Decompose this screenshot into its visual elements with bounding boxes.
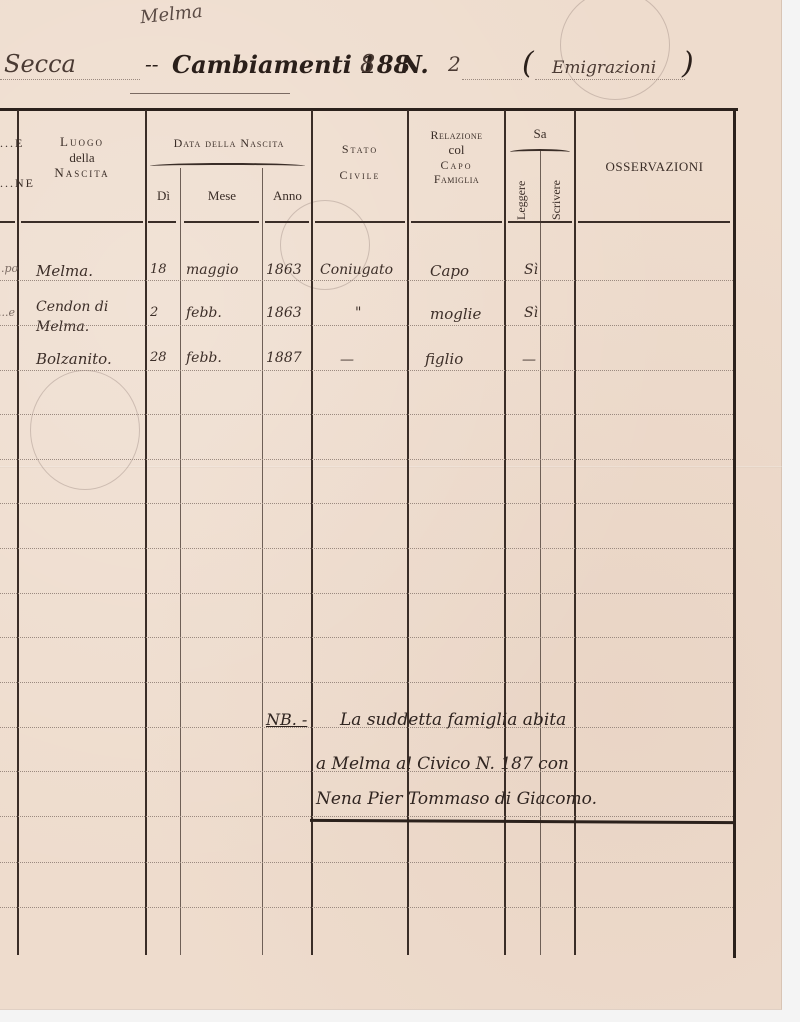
row1-mese: maggio [186, 262, 238, 278]
header-mese: Mese [182, 188, 262, 204]
relazione-line1: Relazione [409, 128, 504, 142]
row-line-5 [0, 459, 733, 460]
col-line-6 [407, 110, 409, 955]
col-line-right [733, 108, 736, 958]
header-dotline-3 [535, 79, 685, 80]
note-line1: La suddetta famiglia abita [340, 710, 566, 730]
row2-luogo: Cendon di Melma. [36, 298, 144, 337]
data-brace [150, 163, 305, 169]
header-leggere: Leggere [514, 160, 529, 220]
faint-stamp-left [30, 370, 140, 490]
luogo-line3: Nascita [19, 165, 145, 181]
header-category-close: ) [682, 46, 694, 81]
row3-stato: — [340, 352, 354, 368]
header-bottom-4 [184, 221, 259, 223]
row2-di: 2 [150, 305, 158, 320]
row1-relazione: Capo [430, 262, 469, 280]
row3-anno: 1887 [266, 350, 302, 366]
row3-scrivere: — [522, 352, 536, 368]
header-partial-left: ...E ...NE [0, 136, 16, 191]
row1-anno: 1863 [266, 262, 302, 278]
row-line-4 [0, 414, 733, 415]
relazione-line3: Capo [409, 158, 504, 172]
row2-anno: 1863 [266, 305, 302, 321]
top-annotation: Melma [139, 1, 203, 28]
row1-luogo: Melma. [36, 262, 93, 280]
row1-stato: Coniugato [320, 262, 393, 278]
row1-partial-left: ...po [0, 262, 18, 275]
sa-brace [510, 149, 570, 155]
row3-relazione: figlio [425, 350, 463, 368]
col-line-2 [145, 110, 147, 955]
header-bottom-2 [21, 221, 143, 223]
faint-stamp-top [560, 0, 670, 100]
row2-mese: febb. [186, 305, 222, 321]
row2-stato: " [355, 305, 361, 321]
header-osservazioni: OSSERVAZIONI [576, 159, 733, 175]
header-scrivere: Scrivere [549, 160, 564, 220]
header-place: Secca [4, 50, 76, 78]
relazione-line4: Famiglia [409, 172, 504, 186]
header-di: Dì [147, 188, 180, 204]
header-number-label: N. [400, 50, 429, 79]
header-data-nascita: Data della Nascita [147, 136, 311, 150]
row3-di: 28 [150, 350, 167, 365]
row-line-9 [0, 637, 733, 638]
row2-scrivere: Sì [524, 305, 538, 321]
stato-line2: Civile [313, 168, 407, 182]
stato-line1: Stato [313, 142, 407, 156]
col-line-8 [540, 150, 541, 955]
col-line-4 [262, 168, 263, 955]
note-underline [310, 819, 735, 824]
luogo-line2: della [19, 150, 145, 166]
row-line-1 [0, 280, 733, 281]
note-line2: a Melma al Civico N. 187 con [316, 754, 569, 774]
row-line-8 [0, 593, 733, 594]
row-line-6 [0, 503, 733, 504]
row-line-15 [0, 907, 733, 908]
header-category: Emigrazioni [552, 58, 656, 78]
header-bottom-1 [0, 221, 15, 223]
header-bottom-8 [508, 221, 572, 223]
header-bottom-9 [578, 221, 730, 223]
header-relazione: Relazione col Capo Famiglia [409, 128, 504, 187]
row-line-10 [0, 682, 733, 683]
partial-left-line2: ...NE [0, 176, 16, 190]
header-number-value: 2 [448, 52, 461, 76]
table-top-border [0, 108, 738, 111]
row3-mese: febb. [186, 350, 222, 366]
header-anno: Anno [264, 188, 311, 204]
row-line-7 [0, 548, 733, 549]
row-line-3 [0, 370, 733, 371]
header-year-digit: 8 [360, 50, 375, 78]
row2-relazione: moglie [430, 305, 481, 323]
header-prefix: -- [145, 52, 159, 76]
header-dotline-2 [462, 79, 522, 80]
col-line-7 [504, 110, 506, 955]
col-line-9 [574, 110, 576, 955]
row1-di: 18 [150, 262, 167, 277]
document-page: Melma Secca -- Cambiamenti 188 8 N. 2 ( … [0, 0, 782, 1010]
header-category-open: ( [522, 46, 534, 81]
col-line-5 [311, 110, 313, 955]
col-line-3 [180, 168, 181, 955]
partial-left-line1: ...E [0, 136, 16, 150]
row-line-14 [0, 862, 733, 863]
header-bottom-5 [265, 221, 309, 223]
row-line-13 [0, 816, 733, 817]
relazione-line2: col [409, 142, 504, 158]
row2-partial-left: ...e [0, 306, 15, 319]
row1-scrivere: Sì [524, 262, 538, 278]
header-sa: Sa [506, 126, 574, 142]
header-bottom-6 [315, 221, 405, 223]
note-marker: NB. - [266, 710, 307, 729]
header-bottom-7 [411, 221, 502, 223]
header-luogo: Luogo della Nascita [19, 134, 145, 181]
header-dotline-1 [0, 79, 140, 80]
row3-luogo: Bolzanito. [36, 350, 112, 368]
header-bottom-3 [148, 221, 176, 223]
header-stato-civile: Stato Civile [313, 142, 407, 183]
col-line-1 [17, 110, 19, 955]
note-line3: Nena Pier Tommaso di Giacomo. [316, 789, 597, 809]
header-underline [130, 93, 290, 94]
luogo-line1: Luogo [19, 134, 145, 150]
